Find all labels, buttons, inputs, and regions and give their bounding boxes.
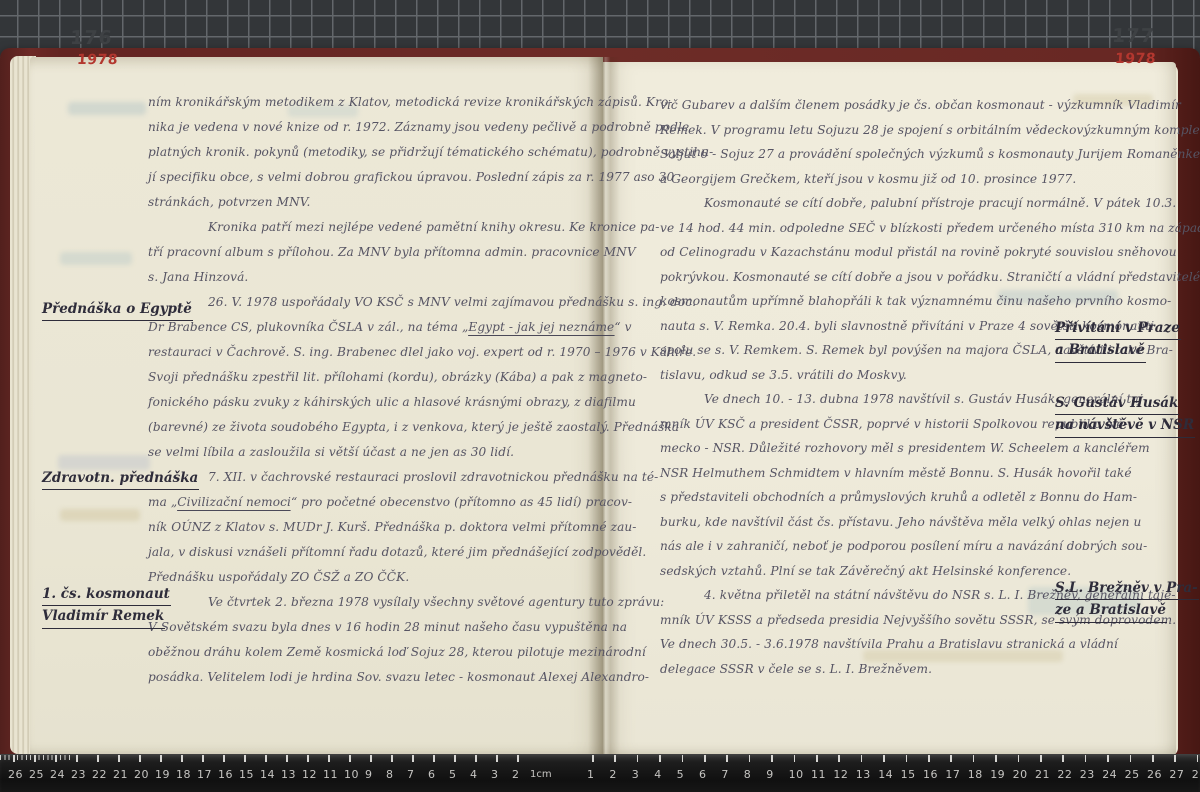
year-stamp-left: 1978 xyxy=(76,52,118,68)
ruler-number: 16 xyxy=(923,768,938,781)
ruler-tick xyxy=(517,755,519,762)
ruler-number: 8 xyxy=(386,768,394,781)
ruler-number: 25 xyxy=(29,768,44,781)
handwritten-line: 26. V. 1978 uspořádaly VO KSČ s MNV velm… xyxy=(208,294,696,309)
ruler-tick xyxy=(181,755,183,762)
handwritten-line: s. Jana Hinzová. xyxy=(148,269,248,284)
handwritten-line: a Georgijem Grečkem, kteří jsou v kosmu … xyxy=(660,171,1076,186)
margin-note-line: ze a Bratislavě xyxy=(1055,600,1167,622)
margin-note-line: Zdravotn. přednáška xyxy=(42,468,199,490)
ruler-tick xyxy=(265,755,267,762)
handwritten-line: fonického pásku zvuky z káhirských ulic … xyxy=(148,394,636,409)
ruler-number: 9 xyxy=(365,768,373,781)
handwritten-line: vič Gubarev a dalším členem posádky je č… xyxy=(660,97,1181,112)
ruler-number: 22 xyxy=(92,768,107,781)
ruler-number: 2 xyxy=(512,768,520,781)
handwritten-line: Ve dnech 30.5. - 3.6.1978 navštívila Pra… xyxy=(660,636,1118,651)
ruler-number: 18 xyxy=(176,768,191,781)
ruler-number: 13 xyxy=(856,768,871,781)
handwritten-line: Přednášku uspořádaly ZO ČSŽ a ZO ČČK. xyxy=(148,569,409,584)
bleed-through-mark xyxy=(60,252,132,265)
ruler-tick xyxy=(55,755,57,762)
margin-note-line: na návštěvě v NSR xyxy=(1055,415,1195,437)
ruler-tick xyxy=(973,755,975,762)
ruler-tick xyxy=(475,755,477,762)
ruler-tick xyxy=(1107,755,1109,762)
margin-note: Zdravotn. přednáška xyxy=(42,468,199,490)
handwritten-line: mecko - NSR. Důležité rozhovory měl s pr… xyxy=(660,440,1150,455)
ruler-tick xyxy=(637,755,639,762)
handwritten-line: nás ale i v zahraničí, neboť je podporou… xyxy=(660,538,1147,553)
ruler-tick xyxy=(995,755,997,762)
ruler-tick xyxy=(496,755,498,762)
ruler-tick xyxy=(950,755,952,762)
ruler-number: 10 xyxy=(344,768,359,781)
ruler-tick xyxy=(682,755,684,762)
ruler-number: 21 xyxy=(1035,768,1050,781)
ruler-number: 24 xyxy=(1102,768,1117,781)
ruler-tick xyxy=(1018,755,1020,762)
ruler-tick xyxy=(391,755,393,762)
ruler-tick xyxy=(1152,755,1154,762)
handwritten-line: ma „Civilizační nemoci“ pro početné obec… xyxy=(148,494,632,509)
ruler-tick xyxy=(749,755,751,762)
ruler-number: 10 xyxy=(789,768,804,781)
ruler-number: 1 xyxy=(587,768,595,781)
ruler-tick xyxy=(202,755,204,762)
ruler-tick xyxy=(861,755,863,762)
handwritten-line: Remek. V programu letu Sojuzu 28 je spoj… xyxy=(660,122,1200,137)
underlined-phrase: Civilizační nemoci xyxy=(177,494,291,511)
margin-note-line: Vladimír Remek xyxy=(42,606,165,628)
handwritten-line: Svoji přednášku zpestřil lit. přílohami … xyxy=(148,369,647,384)
handwritten-line: posádka. Velitelem lodi je hrdina Sov. s… xyxy=(148,669,649,684)
ruler-number: 17 xyxy=(945,768,960,781)
ruler-number: 18 xyxy=(968,768,983,781)
ruler-tick xyxy=(34,755,36,762)
ruler-tick xyxy=(906,755,908,762)
handwritten-line: delegace SSSR v čele se s. L. I. Brežněv… xyxy=(660,661,932,676)
ruler-tick xyxy=(659,755,661,762)
handwritten-line: Saljut 6 - Sojuz 27 a provádění společný… xyxy=(660,146,1200,161)
handwritten-line: (barevné) ze života soudobého Egypta, i … xyxy=(148,419,679,434)
margin-note-line: Přednáška o Egyptě xyxy=(42,299,193,321)
ruler-number: 22 xyxy=(1057,768,1072,781)
ruler-number: 6 xyxy=(699,768,707,781)
page-number-right: 177 xyxy=(1111,25,1155,47)
ruler-tick xyxy=(454,755,456,762)
ruler-number: 11 xyxy=(811,768,826,781)
ruler-tick xyxy=(704,755,706,762)
handwritten-line: ním kronikářským metodikem z Klatov, met… xyxy=(148,94,673,109)
ruler-number: 23 xyxy=(1080,768,1095,781)
handwritten-line: stránkách, potvrzen MNV. xyxy=(148,194,310,209)
handwritten-line: Dr Brabence CS, plukovníka ČSLA v zál., … xyxy=(148,319,632,334)
ruler-tick xyxy=(1174,755,1176,762)
handwritten-line: tří pracovní album s přílohou. Za MNV by… xyxy=(148,244,636,259)
underlined-phrase: Egypt - jak jej neznáme xyxy=(468,319,614,336)
ruler-number: 12 xyxy=(302,768,317,781)
bleed-through-mark xyxy=(68,102,146,115)
ruler-tick xyxy=(1085,755,1087,762)
ruler-tick xyxy=(592,755,594,762)
ruler-tick xyxy=(244,755,246,762)
ruler-tick xyxy=(223,755,225,762)
ruler-number: 20 xyxy=(134,768,149,781)
ruler-tick xyxy=(794,755,796,762)
margin-note-line: Přivítání v Praze xyxy=(1055,318,1181,340)
handwritten-line: burku, kde navštívil část čs. přístavu. … xyxy=(660,514,1141,529)
ruler-number: 25 xyxy=(1125,768,1140,781)
ruler-number: 7 xyxy=(407,768,415,781)
handwritten-line: V Sovětském svazu byla dnes v 16 hodin 2… xyxy=(148,619,627,634)
ruler-tick xyxy=(97,755,99,762)
ruler-tick xyxy=(370,755,372,762)
ruler-tick xyxy=(928,755,930,762)
ruler-tick xyxy=(771,755,773,762)
ruler-number: 8 xyxy=(744,768,752,781)
ruler-tick xyxy=(1130,755,1132,762)
ruler-number: 26 xyxy=(8,768,23,781)
page-number-left: 176 xyxy=(69,27,113,49)
ruler-number: 15 xyxy=(239,768,254,781)
handwritten-line: ve 14 hod. 44 min. odpoledne SEČ v blízk… xyxy=(660,220,1200,235)
ruler-number: 4 xyxy=(654,768,662,781)
ruler-number: 16 xyxy=(218,768,233,781)
margin-note-line: S. Gustáv Husák xyxy=(1055,393,1179,415)
ruler-tick xyxy=(13,755,15,762)
ruler-number: 9 xyxy=(766,768,774,781)
margin-note: Přivítání v Prazea Bratislavě xyxy=(1055,318,1181,363)
ruler-number: 3 xyxy=(632,768,640,781)
ruler-number: 21 xyxy=(113,768,128,781)
ruler-tick xyxy=(286,755,288,762)
handwritten-line: Kosmonauté se cítí dobře, palubní přístr… xyxy=(704,195,1176,210)
ruler-tick xyxy=(838,755,840,762)
ruler-number: 5 xyxy=(449,768,457,781)
handwritten-line: tislavu, odkud se 3.5. vrátili do Moskvy… xyxy=(660,367,907,382)
ruler-number: 28 xyxy=(1192,768,1200,781)
ruler-tick xyxy=(139,755,141,762)
ruler-number: 24 xyxy=(50,768,65,781)
handwritten-line: restauraci v Čachrově. S. ing. Brabenec … xyxy=(148,344,696,359)
ruler-tick xyxy=(433,755,435,762)
ruler-number: 14 xyxy=(260,768,275,781)
ruler-number: 23 xyxy=(71,768,86,781)
margin-note: S. Gustáv Husákna návštěvě v NSR xyxy=(1055,393,1195,438)
handwritten-line: Ve čtvrtek 2. března 1978 vysílaly všech… xyxy=(208,594,664,609)
ruler-number: 5 xyxy=(677,768,685,781)
margin-note-line: S.L. Brežněv v Pra- xyxy=(1055,578,1199,600)
margin-note: Přednáška o Egyptě xyxy=(42,299,193,321)
handwritten-line: NSR Helmuthem Schmidtem v hlavním městě … xyxy=(660,465,1132,480)
margin-note: S.L. Brežněv v Pra-ze a Bratislavě xyxy=(1055,578,1199,623)
ruler-tick xyxy=(726,755,728,762)
ruler-number: 12 xyxy=(833,768,848,781)
ruler-tick xyxy=(328,755,330,762)
ruler-number: 2 xyxy=(609,768,617,781)
ruler-number: 11 xyxy=(323,768,338,781)
ruler-tick xyxy=(614,755,616,762)
margin-note: 1. čs. kosmonautVladimír Remek xyxy=(42,584,171,629)
handwritten-line: oběžnou dráhu kolem Země kosmická loď So… xyxy=(148,644,646,659)
ruler-number: 6 xyxy=(428,768,436,781)
handwritten-line: jí specifiku obce, s velmi dobrou grafic… xyxy=(148,169,674,184)
handwritten-line: platných kronik. pokynů (metodiky, se př… xyxy=(148,144,713,159)
ruler-number: 20 xyxy=(1013,768,1028,781)
ruler-number: 17 xyxy=(197,768,212,781)
margin-note-line: 1. čs. kosmonaut xyxy=(42,584,171,606)
bleed-through-mark xyxy=(60,509,140,521)
ruler-number: 19 xyxy=(155,768,170,781)
handwritten-body-left: ním kronikářským metodikem z Klatov, met… xyxy=(148,94,598,694)
handwritten-line: s představiteli obchodních a průmyslovýc… xyxy=(660,489,1137,504)
ruler-tick xyxy=(349,755,351,762)
ruler-tick xyxy=(1040,755,1042,762)
ruler-number: 19 xyxy=(990,768,1005,781)
handwritten-line: se velmi líbila a zasloužila si větší úč… xyxy=(148,444,514,459)
handwritten-line: 7. XII. v čachrovské restauraci proslovi… xyxy=(208,469,658,484)
ruler-tick xyxy=(76,755,78,762)
ruler-number: 15 xyxy=(901,768,916,781)
handwritten-line: kosmonautům upřímně blahopřáli k tak výz… xyxy=(660,293,1171,308)
ruler-tick xyxy=(816,755,818,762)
ruler-tick xyxy=(160,755,162,762)
margin-note-line: a Bratislavě xyxy=(1055,340,1146,362)
ruler-tick xyxy=(412,755,414,762)
ruler-unit-label: 1cm xyxy=(530,769,552,780)
handwritten-line: pokrývkou. Kosmonauté se cítí dobře a js… xyxy=(660,269,1200,284)
ruler-number: 27 xyxy=(1169,768,1184,781)
ruler-number: 7 xyxy=(721,768,729,781)
ruler-tick xyxy=(118,755,120,762)
measuring-ruler: 2625242322212019181716151413121110987654… xyxy=(0,754,1200,792)
ruler-number: 14 xyxy=(878,768,893,781)
ruler-number: 3 xyxy=(491,768,499,781)
ruler-tick xyxy=(307,755,309,762)
ruler-number: 13 xyxy=(281,768,296,781)
ruler-number: 26 xyxy=(1147,768,1162,781)
ruler-tick xyxy=(1062,755,1064,762)
ruler-tick xyxy=(883,755,885,762)
handwritten-line: Kronika patří mezi nejlépe vedené pamětn… xyxy=(208,219,659,234)
year-stamp-right: 1978 xyxy=(1114,51,1156,67)
handwritten-line: nika je vedena v nové knize od r. 1972. … xyxy=(148,119,689,134)
chronicle-book-photo: 176 1978 177 1978 ním kronikářským metod… xyxy=(0,0,1200,792)
handwritten-line: jala, v diskusi vznášeli přítomní řadu d… xyxy=(148,544,646,559)
handwritten-line: ník OÚNZ z Klatov s. MUDr J. Kurš. Předn… xyxy=(148,519,637,534)
ruler-number: 4 xyxy=(470,768,478,781)
handwritten-line: od Celinogradu v Kazachstánu modul přist… xyxy=(660,244,1177,259)
ruler-tick xyxy=(1197,755,1199,762)
handwritten-line: sedských vztahů. Plní se tak Závěrečný a… xyxy=(660,563,1071,578)
